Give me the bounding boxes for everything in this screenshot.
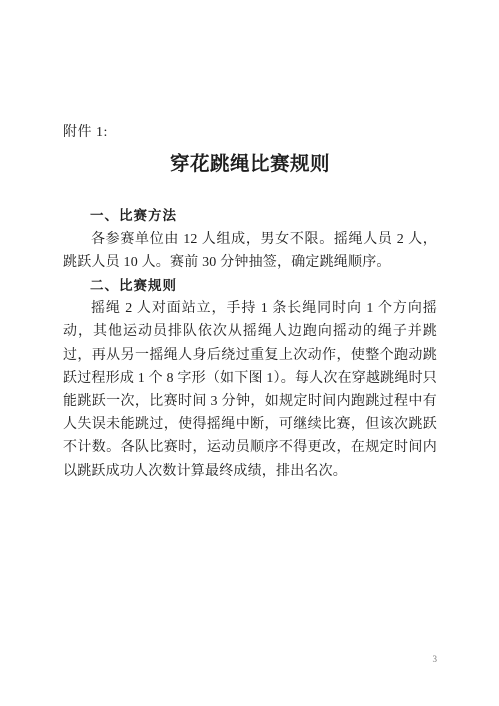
section-paragraph: 摇绳 2 人对面站立，手持 1 条长绳同时向 1 个方向摇动，其他运动员排队依次…: [63, 297, 437, 483]
document-body: 一、比赛方法 各参赛单位由 12 人组成，男女不限。摇绳人员 2 人，跳跃人员 …: [63, 204, 437, 482]
attachment-label: 附件 1:: [63, 121, 437, 144]
section-heading-rules: 二、比赛规则: [63, 274, 437, 297]
document-title: 穿花跳绳比赛规则: [63, 150, 437, 180]
section-paragraph: 各参赛单位由 12 人组成，男女不限。摇绳人员 2 人，跳跃人员 10 人。赛前…: [63, 228, 437, 274]
section-heading-method: 一、比赛方法: [63, 204, 437, 227]
document-content: 附件 1: 穿花跳绳比赛规则 一、比赛方法 各参赛单位由 12 人组成，男女不限…: [63, 121, 437, 483]
page-number: 3: [433, 655, 438, 664]
document-page: 附件 1: 穿花跳绳比赛规则 一、比赛方法 各参赛单位由 12 人组成，男女不限…: [0, 0, 499, 706]
